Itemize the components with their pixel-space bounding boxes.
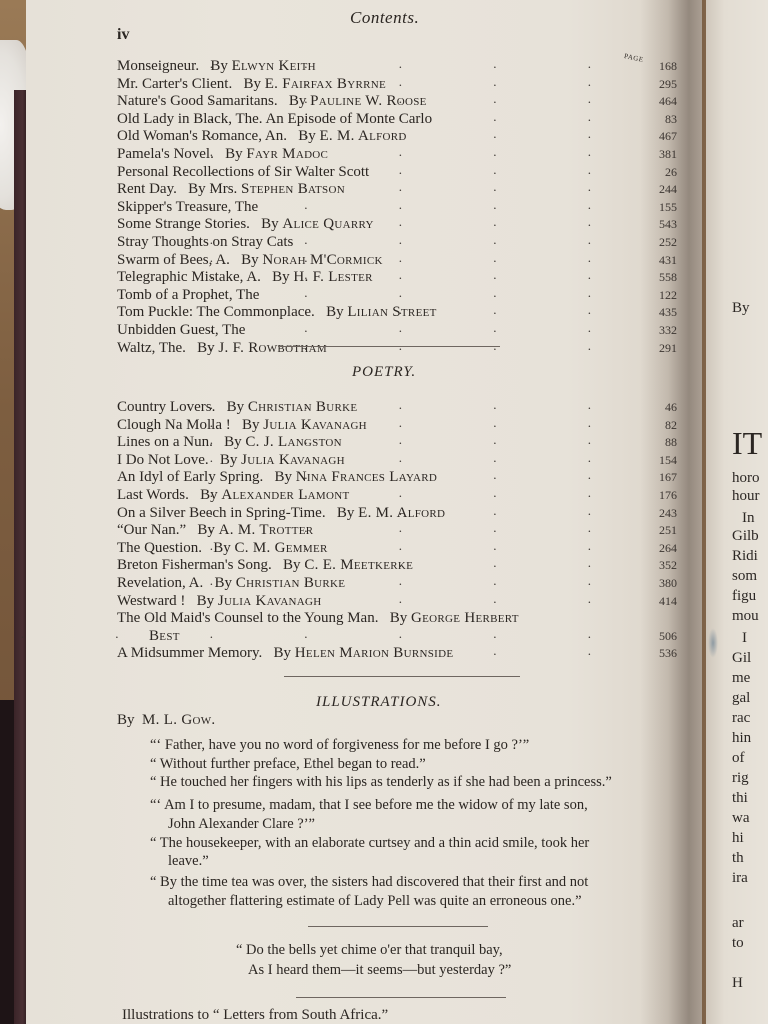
illustration-caption: “‘ Am I to presume, madam, that I see be… — [150, 796, 588, 814]
section-divider — [284, 676, 520, 677]
entry-title: Waltz, The. — [117, 340, 186, 356]
dot-leader: . . . . . — [210, 249, 635, 267]
toc-entry: A Midsummer Memory. By Helen Marion Burn… — [117, 645, 677, 663]
entry-title: A Midsummer Memory. — [117, 645, 262, 661]
entry-page-number: 167 — [643, 469, 677, 487]
drop-cap: IT — [732, 425, 762, 462]
entry-title: The Question. — [117, 540, 202, 556]
facing-page-text-fragment: me — [732, 670, 750, 687]
dot-leader: . . . . . — [210, 90, 635, 108]
entry-title: Lines on a Nun. — [117, 434, 213, 450]
verse-line: “ Do the bells yet chime o'er that tranq… — [236, 942, 503, 959]
entry-page-number: 431 — [643, 252, 677, 270]
facing-page-text-fragment: som — [732, 568, 757, 585]
toc-entry: Westward ! By Julia Kavanagh. . . . .414 — [117, 593, 677, 611]
facing-page-text-fragment: gal — [732, 690, 750, 707]
entry-author: George Herbert — [411, 610, 519, 626]
entry-page-number: 155 — [643, 199, 677, 217]
verse-line: As I heard them—it seems—but yesterday ?… — [248, 962, 511, 979]
dot-leader: . . . . . — [210, 319, 635, 337]
illustrator-line: By M. L. Gow. — [117, 712, 215, 729]
dot-leader: . . . . . — [210, 55, 635, 73]
illustration-caption-continued: John Alexander Clare ?’” — [168, 815, 315, 833]
entry-page-number: 558 — [643, 269, 677, 287]
entry-page-number: 506 — [643, 628, 677, 646]
entry-title: I Do Not Love. — [117, 452, 209, 468]
entry-page-number: 243 — [643, 505, 677, 523]
facing-page-text-fragment: ar — [732, 915, 744, 932]
facing-page-text-fragment: mou — [732, 608, 759, 625]
dot-leader: . . . . . — [210, 537, 635, 555]
dot-leader: . . — [493, 642, 635, 660]
facing-page-text-fragment: hi — [732, 830, 744, 847]
dot-leader: . . . . . — [210, 161, 635, 179]
dot-leader: . . . . . — [210, 125, 635, 143]
entry-title: The Old Maid's Counsel to the Young Man. — [117, 610, 378, 626]
facing-page-text-fragment: rac — [732, 710, 750, 727]
entry-page-number: 82 — [643, 417, 677, 435]
entry-page-number: 381 — [643, 146, 677, 164]
entry-page-number: 251 — [643, 522, 677, 540]
facing-page-text-fragment: Gilb — [732, 528, 759, 545]
facing-page-text-fragment: rig — [732, 770, 749, 787]
illustration-caption: “ Without further preface, Ethel began t… — [150, 755, 426, 773]
entry-title: Westward ! — [117, 593, 185, 609]
entry-title: Rent Day. — [117, 181, 177, 197]
running-head: Contents. — [350, 8, 419, 28]
dot-leader: . . . . . — [210, 396, 635, 414]
dot-leader: . . . . . — [210, 143, 635, 161]
entry-page-number: 26 — [643, 164, 677, 182]
entry-page-number: 252 — [643, 234, 677, 252]
illustration-caption: “ By the time tea was over, the sisters … — [150, 873, 588, 891]
toc-entry: Waltz, The. By J. F. Rowbotham. . . . .2… — [117, 340, 677, 358]
dot-leader: . . . . . — [210, 213, 635, 231]
entry-page-number: 467 — [643, 128, 677, 146]
dot-leader: . . . . . — [210, 431, 635, 449]
illustration-caption-continued: leave.” — [168, 852, 209, 870]
entry-title: Revelation, A. — [117, 575, 203, 591]
entry-page-number: 83 — [643, 111, 677, 129]
facing-page-text-fragment: Gil — [732, 650, 751, 667]
entry-title: Country Lovers. — [117, 399, 215, 415]
entry-page-number: 435 — [643, 304, 677, 322]
facing-page-text-fragment: hour — [732, 488, 760, 505]
by-label: By — [117, 712, 135, 728]
dot-leader: . . . . . — [210, 196, 635, 214]
dot-leader: . . . . . — [210, 178, 635, 196]
dot-leader: . . . . . — [210, 231, 635, 249]
entry-author: Helen Marion Burnside — [295, 645, 454, 661]
facing-page-text-fragment: By — [732, 300, 750, 317]
page-stain — [708, 628, 718, 658]
entry-page-number: 536 — [643, 645, 677, 663]
dot-leader: . . . . . — [210, 484, 635, 502]
illustrator-name: M. L. Gow. — [142, 712, 215, 728]
facing-page-text-fragment: In — [742, 510, 755, 527]
facing-page: ByIThorohourInGilbRidisomfigumouIGilmega… — [706, 0, 768, 1024]
page-folio: iv — [117, 26, 129, 44]
section-divider — [278, 346, 500, 347]
dot-leader: . . . . . — [210, 466, 635, 484]
entry-page-number: 168 — [643, 58, 677, 76]
entry-page-number: 88 — [643, 434, 677, 452]
dot-leader: . . . . . — [210, 502, 635, 520]
facing-page-text-fragment: horo — [732, 470, 760, 487]
facing-page-text-fragment: thi — [732, 790, 748, 807]
entry-page-number: 264 — [643, 540, 677, 558]
facing-page-text-fragment: figu — [732, 588, 756, 605]
section-divider — [308, 926, 488, 927]
entry-text: A Midsummer Memory. By Helen Marion Burn… — [117, 645, 453, 663]
facing-page-text-fragment: to — [732, 935, 744, 952]
dot-leader: . . . . . — [210, 414, 635, 432]
entry-title: Last Words. — [117, 487, 189, 503]
dot-leader: . . . . . — [210, 108, 635, 126]
entry-title: Monseigneur. — [117, 58, 199, 74]
illustrations-heading: ILLUSTRATIONS. — [316, 694, 442, 711]
entry-page-number: 244 — [643, 181, 677, 199]
facing-page-text-fragment: wa — [732, 810, 750, 827]
entry-page-number: 352 — [643, 557, 677, 575]
illustration-caption: “ The housekeeper, with an elaborate cur… — [150, 834, 589, 852]
entry-page-number: 295 — [643, 76, 677, 94]
entry-page-number: 543 — [643, 216, 677, 234]
dot-leader: . . . . . — [210, 301, 635, 319]
prose-contents-list: Monseigneur. By Elwyn Keith. . . . .168M… — [117, 58, 677, 357]
facing-page-text-fragment: Ridi — [732, 548, 758, 565]
entry-page-number: 154 — [643, 452, 677, 470]
facing-page-text-fragment: of — [732, 750, 745, 767]
entry-page-number: 176 — [643, 487, 677, 505]
entry-page-number: 46 — [643, 399, 677, 417]
entry-title: “Our Nan.” — [117, 522, 186, 538]
dot-leader: . . . . . . . . . — [0, 625, 635, 643]
entry-by: By — [390, 610, 408, 626]
entry-title: Pamela's Novel. — [117, 146, 214, 162]
dot-leader: . . . . . — [210, 266, 635, 284]
dot-leader: . . . . . — [210, 284, 635, 302]
dot-leader: . . . . . — [210, 449, 635, 467]
entry-by: By — [274, 645, 292, 661]
dot-leader: . . . . . — [210, 554, 635, 572]
facing-page-text-fragment: th — [732, 850, 744, 867]
entry-page-number: 332 — [643, 322, 677, 340]
entry-page-number: 464 — [643, 93, 677, 111]
dot-leader: . . . . . — [210, 572, 635, 590]
facing-page-text-fragment: ira — [732, 870, 748, 887]
entry-page-number: 414 — [643, 593, 677, 611]
entry-page-number: 122 — [643, 287, 677, 305]
dot-leader: . . . . . — [210, 73, 635, 91]
dot-leader: . . . . . — [210, 590, 635, 608]
facing-page-text-fragment: I — [742, 630, 747, 647]
poetry-heading: POETRY. — [352, 364, 416, 381]
entry-page-number: 291 — [643, 340, 677, 358]
illustrations-next-entry: Illustrations to “ Letters from South Af… — [122, 1007, 388, 1024]
facing-page-text-fragment: H — [732, 975, 743, 992]
illustration-caption-continued: altogether flattering estimate of Lady P… — [168, 892, 582, 910]
entry-page-number: 380 — [643, 575, 677, 593]
facing-page-text-fragment: hin — [732, 730, 751, 747]
dot-leader: . . . . . — [210, 519, 635, 537]
illustration-caption: “ He touched her fingers with his lips a… — [150, 773, 612, 791]
section-divider — [296, 997, 506, 998]
poetry-contents-list: Country Lovers. By Christian Burke. . . … — [117, 399, 677, 663]
illustration-caption: “‘ Father, have you no word of forgivene… — [150, 736, 529, 754]
